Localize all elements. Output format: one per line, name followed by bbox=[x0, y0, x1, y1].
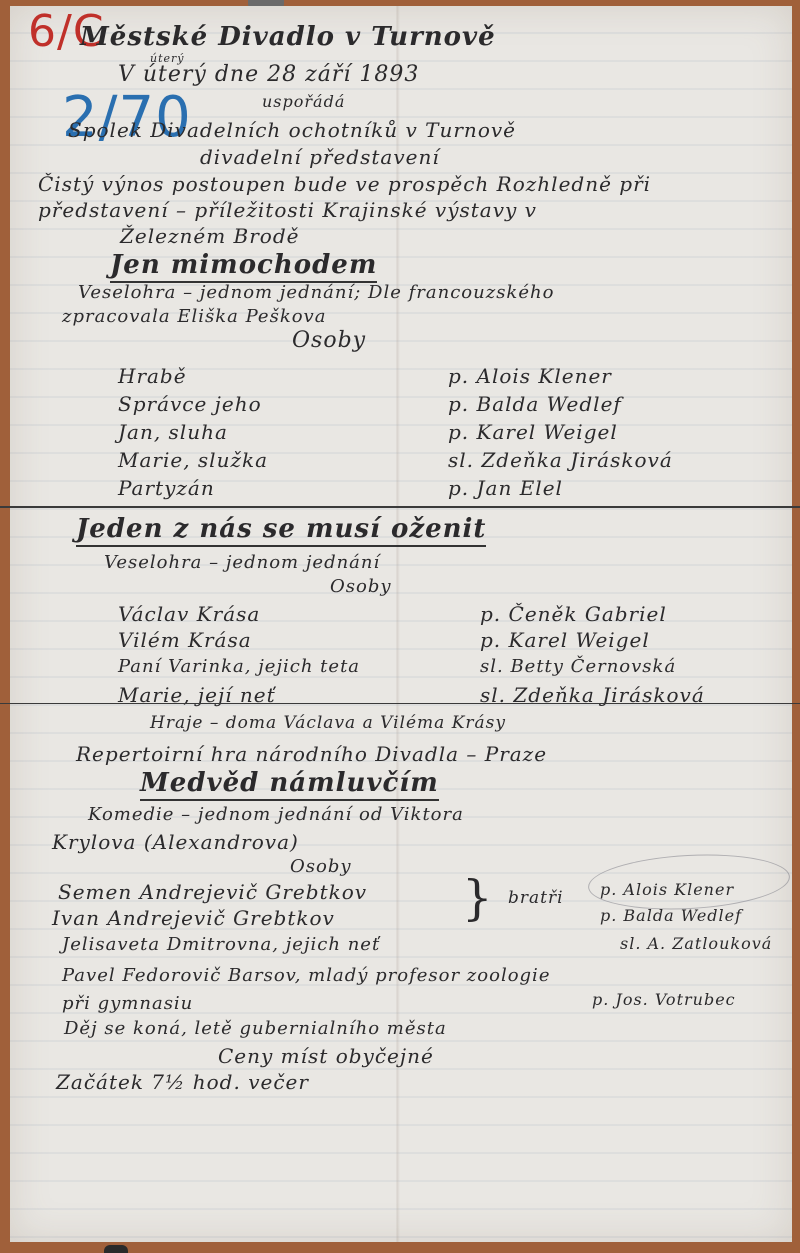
theatre-name: Městské Divadlo v Turnově bbox=[80, 22, 496, 52]
cast-actor: p. Čeněk Gabriel bbox=[480, 602, 667, 626]
play-1-genre-2: zpracovala Eliška Peškova bbox=[62, 306, 326, 327]
play-1-title: Jen mimochodem bbox=[110, 250, 377, 283]
cast-actor: sl. Zdeňka Jirásková bbox=[448, 448, 673, 472]
cast-actor: sl. A. Zatlouková bbox=[620, 934, 772, 953]
section-divider bbox=[0, 506, 800, 508]
purpose-line-3: Železném Brodě bbox=[120, 224, 299, 248]
cast-actor: p. Karel Weigel bbox=[480, 628, 650, 652]
start-time: Začátek 7½ hod. večer bbox=[56, 1070, 309, 1094]
clip-bottom bbox=[104, 1245, 128, 1253]
cast-role: Partyzán bbox=[118, 476, 215, 500]
cast-actor: p. Balda Wedlef bbox=[600, 906, 742, 925]
cast-role: Semen Andrejevič Grebtkov bbox=[58, 880, 367, 904]
play-1-persons-label: Osoby bbox=[292, 328, 366, 353]
organizer: Spolek Divadelních ochotníků v Turnově bbox=[68, 118, 516, 142]
play-3-title: Medvěd námluvčím bbox=[140, 768, 439, 801]
cast-role: Pavel Fedorovič Barsov, mladý profesor z… bbox=[62, 962, 582, 1018]
cast-actor: p. Alois Klener bbox=[600, 880, 734, 899]
play-3-setting: Děj se koná, letě gubernialního města bbox=[64, 1018, 447, 1039]
cast-role: Jan, sluha bbox=[118, 420, 228, 444]
cast-role: Ivan Andrejevič Grebtkov bbox=[52, 906, 335, 930]
cast-actor: p. Karel Weigel bbox=[448, 420, 618, 444]
play-2-setting: Hraje – doma Václava a Viléma Krásy bbox=[150, 713, 506, 733]
cast-role: Marie, služka bbox=[118, 448, 268, 472]
brothers-label: bratři bbox=[508, 888, 564, 908]
play-2-genre-1: Veselohra – jednom jednání bbox=[104, 552, 380, 573]
cast-role: Vilém Krása bbox=[118, 628, 252, 652]
play-2-title: Jeden z nás se musí oženit bbox=[76, 514, 486, 547]
play-2-repertoire-note: Repertoirní hra národního Divadla – Praz… bbox=[76, 742, 547, 766]
purpose-line-2: představení – příležitosti Krajinské výs… bbox=[38, 198, 537, 222]
cast-actor: sl. Betty Černovská bbox=[480, 656, 676, 677]
price-note: Ceny míst obyčejné bbox=[218, 1044, 434, 1068]
cast-actor: p. Jos. Votrubec bbox=[592, 990, 736, 1009]
cast-actor: p. Jan Elel bbox=[448, 476, 563, 500]
play-3-genre-2: Krylova (Alexandrova) bbox=[52, 830, 299, 854]
date-line: V úterý dne 28 září 1893 bbox=[118, 62, 419, 87]
cast-role: Jelisaveta Dmitrovna, jejich neť bbox=[62, 934, 380, 955]
cast-role: Správce jeho bbox=[118, 392, 262, 416]
intro-text: uspořádá bbox=[262, 92, 345, 111]
cast-role: Hrabě bbox=[118, 364, 187, 388]
cast-role: Paní Varinka, jejich teta bbox=[118, 656, 360, 677]
cast-actor: p. Balda Wedlef bbox=[448, 392, 622, 416]
purpose-line-1: Čistý výnos postoupen bude ve prospěch R… bbox=[38, 172, 651, 196]
play-2-persons-label: Osoby bbox=[330, 576, 392, 597]
play-1-genre-1: Veselohra – jednom jednání; Dle francouz… bbox=[78, 282, 554, 303]
cast-role: Václav Krása bbox=[118, 602, 260, 626]
play-3-genre-1: Komedie – jednom jednání od Viktora bbox=[88, 804, 464, 825]
play-3-persons-label: Osoby bbox=[290, 856, 352, 877]
cast-actor: p. Alois Klener bbox=[448, 364, 612, 388]
brace: } bbox=[462, 870, 494, 926]
event-type: divadelní představení bbox=[200, 145, 440, 169]
section-divider bbox=[0, 703, 800, 704]
